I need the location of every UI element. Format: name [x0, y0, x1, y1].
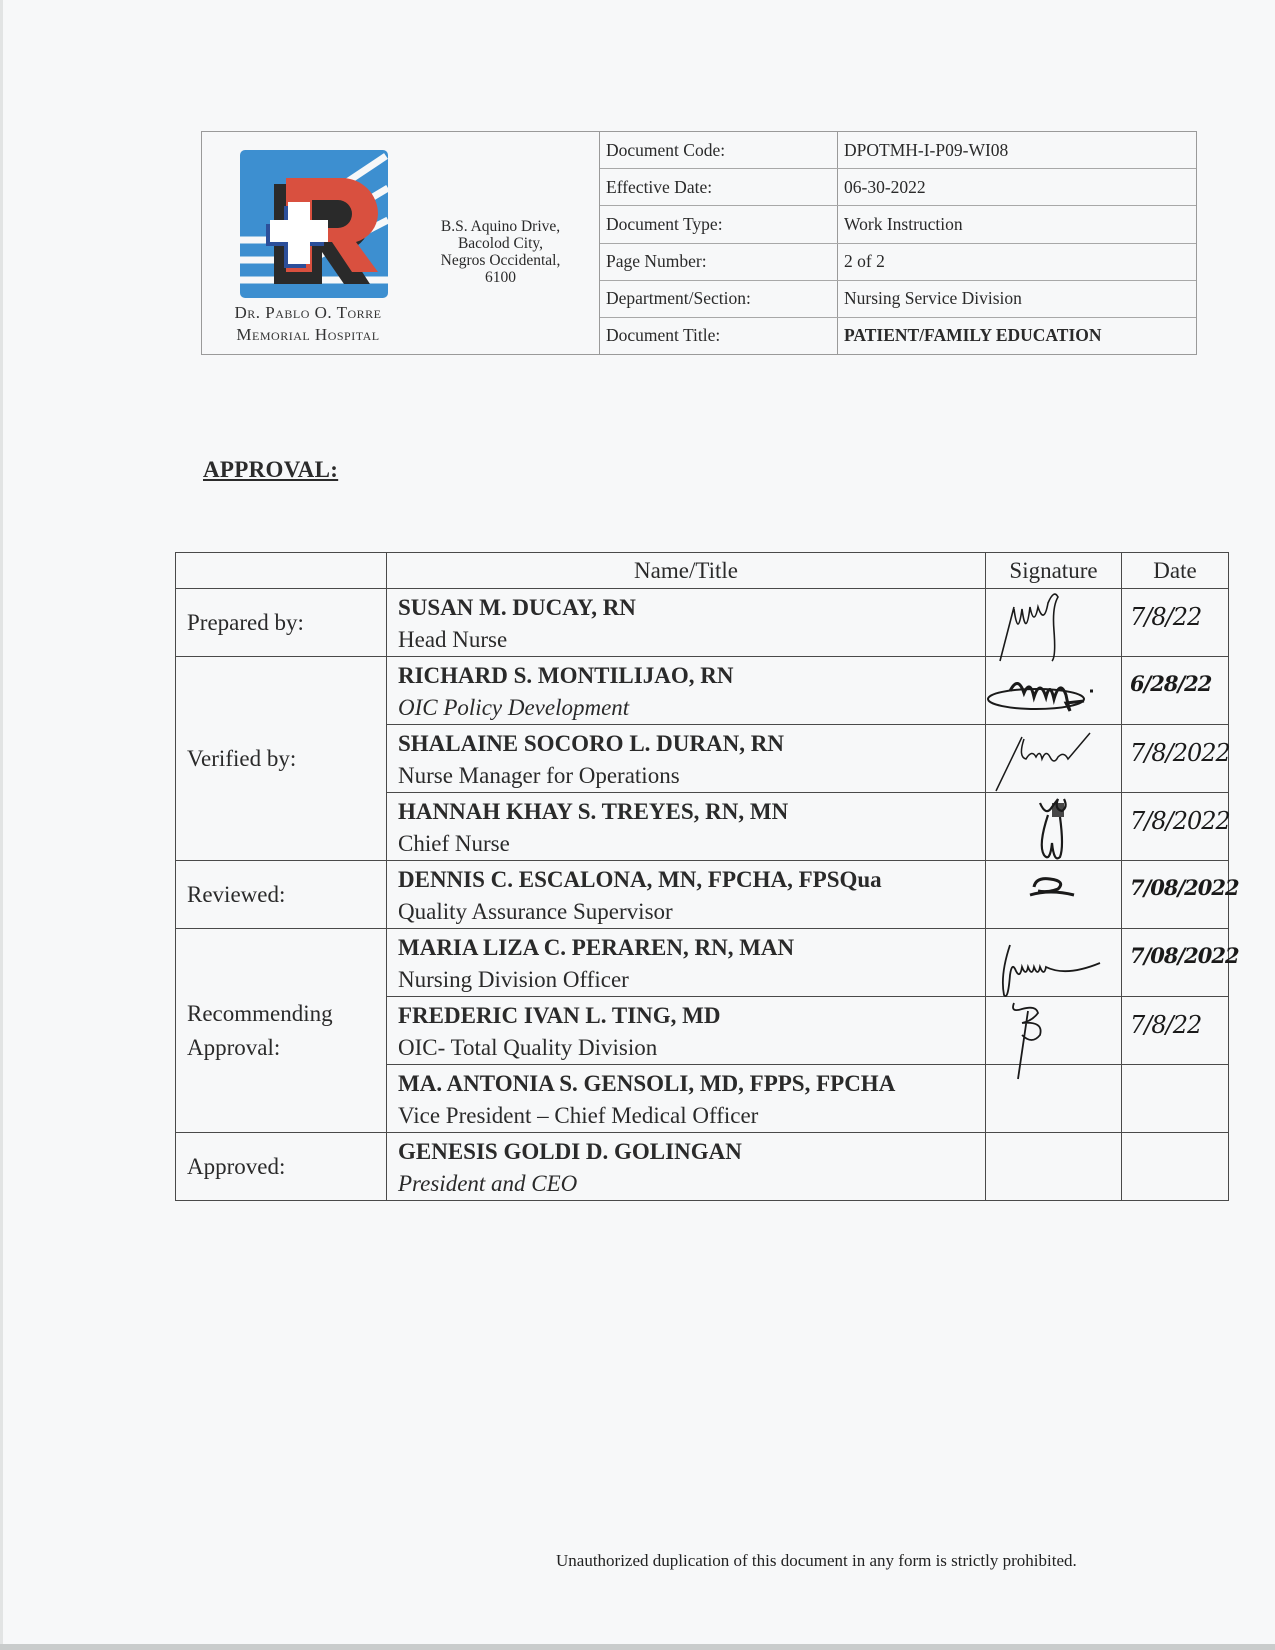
- person-name: MARIA LIZA C. PERAREN, RN, MAN: [398, 929, 985, 964]
- hospital-name-line1: Dr. Pablo O. Torre: [202, 302, 414, 324]
- document-title-value: PATIENT/FAMILY EDUCATION: [838, 318, 1196, 354]
- scan-edge-left: [0, 0, 3, 1650]
- date-cell-empty: [1122, 1065, 1229, 1133]
- date-cell: 7/08/2022: [1122, 929, 1229, 997]
- doc-info-row: Document Type: Work Instruction: [600, 206, 1196, 243]
- role-approved: Approved:: [176, 1133, 387, 1201]
- person-cell: RICHARD S. MONTILIJAO, RN OIC Policy Dev…: [387, 657, 986, 725]
- hospital-logo-block: Dr. Pablo O. Torre Memorial Hospital: [202, 132, 402, 354]
- person-name: SHALAINE SOCORO L. DURAN, RN: [398, 725, 985, 760]
- handwritten-date: 7/8/22: [1130, 1011, 1201, 1039]
- person-cell: GENESIS GOLDI D. GOLINGAN President and …: [387, 1133, 986, 1201]
- doc-info-row: Page Number: 2 of 2: [600, 244, 1196, 281]
- role-recommending-approval: Recommending Approval:: [176, 929, 387, 1133]
- person-title: Nurse Manager for Operations: [398, 760, 985, 792]
- address-line: Negros Occidental,: [441, 252, 561, 269]
- table-row: Approved: GENESIS GOLDI D. GOLINGAN Pres…: [176, 1133, 1229, 1201]
- table-header-row: Name/Title Signature Date: [176, 553, 1229, 589]
- signature-cell: [986, 861, 1122, 929]
- date-cell: 7/08/2022: [1122, 861, 1229, 929]
- duplication-notice: Unauthorized duplication of this documen…: [556, 1551, 1077, 1571]
- person-name: FREDERIC IVAN L. TING, MD: [398, 997, 985, 1032]
- document-code-label: Document Code:: [600, 132, 838, 168]
- person-cell: SUSAN M. DUCAY, RN Head Nurse: [387, 589, 986, 657]
- person-title: Head Nurse: [398, 624, 985, 656]
- person-cell: SHALAINE SOCORO L. DURAN, RN Nurse Manag…: [387, 725, 986, 793]
- person-title: Nursing Division Officer: [398, 964, 985, 996]
- signature-cell: [986, 725, 1122, 793]
- page-number-value: 2 of 2: [838, 244, 1196, 280]
- doc-info-row: Effective Date: 06-30-2022: [600, 169, 1196, 206]
- table-row: Prepared by: SUSAN M. DUCAY, RN Head Nur…: [176, 589, 1229, 657]
- table-row: Verified by: RICHARD S. MONTILIJAO, RN O…: [176, 657, 1229, 725]
- doc-info-row: Document Title: PATIENT/FAMILY EDUCATION: [600, 318, 1196, 354]
- document-title-label: Document Title:: [600, 318, 838, 354]
- person-title: Quality Assurance Supervisor: [398, 896, 985, 928]
- person-name: GENESIS GOLDI D. GOLINGAN: [398, 1133, 985, 1168]
- signature-cell: [986, 997, 1122, 1065]
- person-title: Vice President – Chief Medical Officer: [398, 1100, 985, 1132]
- signature-cell-empty: [986, 1065, 1122, 1133]
- handwritten-signature-icon: [986, 657, 1122, 724]
- doc-info-row: Document Code: DPOTMH-I-P09-WI08: [600, 132, 1196, 169]
- person-cell: MARIA LIZA C. PERAREN, RN, MAN Nursing D…: [387, 929, 986, 997]
- person-cell: HANNAH KHAY S. TREYES, RN, MN Chief Nurs…: [387, 793, 986, 861]
- handwritten-signature-icon: [986, 793, 1122, 860]
- document-header: Dr. Pablo O. Torre Memorial Hospital B.S…: [201, 131, 1197, 355]
- signature-cell: [986, 793, 1122, 861]
- handwritten-signature-icon: [986, 861, 1122, 928]
- signature-cell: [986, 657, 1122, 725]
- address-line: Bacolod City,: [441, 235, 561, 252]
- person-title: President and CEO: [398, 1168, 985, 1200]
- role-verified-by: Verified by:: [176, 657, 387, 861]
- person-name: SUSAN M. DUCAY, RN: [398, 589, 985, 624]
- person-title: OIC- Total Quality Division: [398, 1032, 985, 1064]
- table-row: Reviewed: DENNIS C. ESCALONA, MN, FPCHA,…: [176, 861, 1229, 929]
- handwritten-date: 7/8/2022: [1130, 739, 1230, 767]
- person-name: DENNIS C. ESCALONA, MN, FPCHA, FPSQua: [398, 861, 985, 896]
- page-number-label: Page Number:: [600, 244, 838, 280]
- person-cell: MA. ANTONIA S. GENSOLI, MD, FPPS, FPCHA …: [387, 1065, 986, 1133]
- person-name: HANNAH KHAY S. TREYES, RN, MN: [398, 793, 985, 828]
- person-title: Chief Nurse: [398, 828, 985, 860]
- handwritten-signature-icon: [986, 589, 1122, 656]
- doc-info-row: Department/Section: Nursing Service Divi…: [600, 281, 1196, 318]
- handwritten-date: 6/28/22: [1130, 671, 1211, 696]
- approval-heading: APPROVAL:: [203, 457, 338, 483]
- document-code-value: DPOTMH-I-P09-WI08: [838, 132, 1196, 168]
- role-reviewed: Reviewed:: [176, 861, 387, 929]
- department-label: Department/Section:: [600, 281, 838, 317]
- person-cell: FREDERIC IVAN L. TING, MD OIC- Total Qua…: [387, 997, 986, 1065]
- handwritten-date: 7/8/2022: [1130, 807, 1230, 835]
- date-cell: 7/8/22: [1122, 997, 1229, 1065]
- table-row: Recommending Approval: MARIA LIZA C. PER…: [176, 929, 1229, 997]
- person-title: OIC Policy Development: [398, 692, 985, 724]
- role-prepared-by: Prepared by:: [176, 589, 387, 657]
- hospital-address: B.S. Aquino Drive, Bacolod City, Negros …: [402, 132, 599, 354]
- handwritten-signature-icon: [986, 725, 1122, 792]
- signature-cell-empty: [986, 1133, 1122, 1201]
- person-name: MA. ANTONIA S. GENSOLI, MD, FPPS, FPCHA: [398, 1065, 985, 1100]
- column-header-signature: Signature: [986, 553, 1122, 589]
- signature-cell: [986, 589, 1122, 657]
- address-line: B.S. Aquino Drive,: [441, 218, 561, 235]
- date-cell: 7/8/2022: [1122, 725, 1229, 793]
- date-cell: 7/8/22: [1122, 589, 1229, 657]
- address-line: 6100: [441, 269, 561, 286]
- person-name: RICHARD S. MONTILIJAO, RN: [398, 657, 985, 692]
- column-header-date: Date: [1122, 553, 1229, 589]
- handwritten-date: 7/8/22: [1130, 603, 1201, 631]
- signature-cell: [986, 929, 1122, 997]
- person-cell: DENNIS C. ESCALONA, MN, FPCHA, FPSQua Qu…: [387, 861, 986, 929]
- column-header-role: [176, 553, 387, 589]
- effective-date-value: 06-30-2022: [838, 169, 1196, 205]
- date-cell: 6/28/22: [1122, 657, 1229, 725]
- column-header-name-title: Name/Title: [387, 553, 986, 589]
- handwritten-date: 7/08/2022: [1130, 943, 1239, 968]
- effective-date-label: Effective Date:: [600, 169, 838, 205]
- approval-table: Name/Title Signature Date Prepared by: S…: [175, 552, 1229, 1201]
- document-type-value: Work Instruction: [838, 206, 1196, 242]
- hospital-cross-r-logo-icon: [238, 148, 398, 308]
- handwritten-signature-icon: [986, 997, 1122, 1064]
- scan-edge-bottom: [0, 1644, 1275, 1650]
- date-cell-empty: [1122, 1133, 1229, 1201]
- department-value: Nursing Service Division: [838, 281, 1196, 317]
- handwritten-date: 7/08/2022: [1130, 875, 1239, 900]
- date-cell: 7/8/2022: [1122, 793, 1229, 861]
- document-type-label: Document Type:: [600, 206, 838, 242]
- hospital-name-line2: Memorial Hospital: [202, 324, 414, 346]
- handwritten-signature-icon: [986, 929, 1122, 996]
- document-info-table: Document Code: DPOTMH-I-P09-WI08 Effecti…: [599, 132, 1196, 354]
